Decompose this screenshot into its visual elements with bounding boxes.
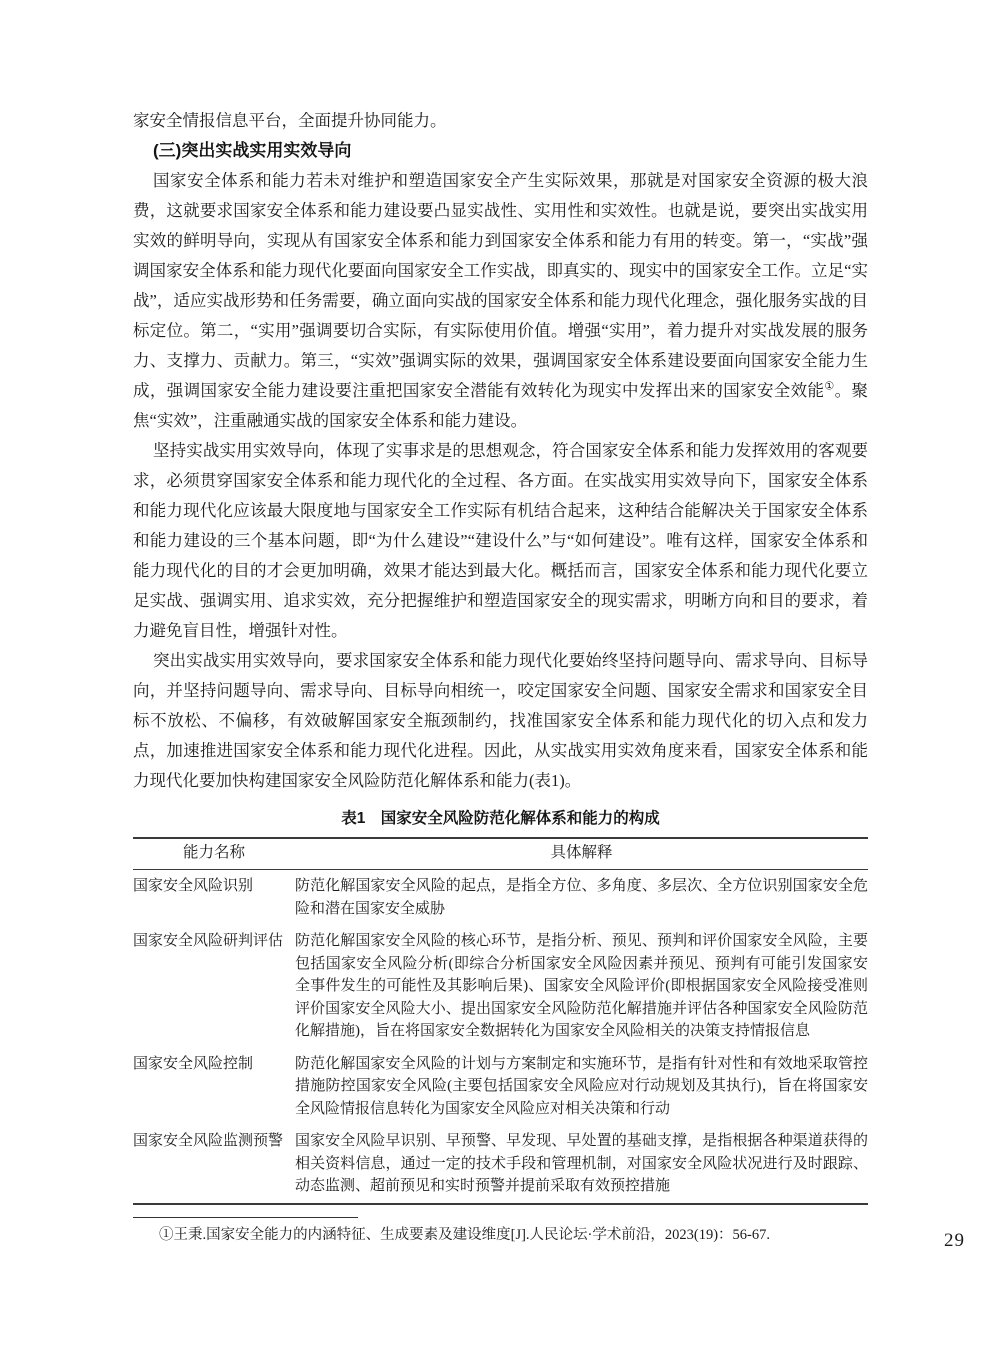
paragraph-1-text: 国家安全体系和能力若未对维护和塑造国家安全产生实际效果，那就是对国家安全资源的极… [133, 171, 868, 400]
table-row: 国家安全风险识别 防范化解国家安全风险的起点，是指全方位、多角度、多层次、全方位… [133, 870, 868, 926]
footnote-text: ①王秉.国家安全能力的内涵特征、生成要素及建设维度[J].人民论坛·学术前沿，2… [133, 1224, 868, 1246]
table-1: 能力名称 具体解释 国家安全风险识别 防范化解国家安全风险的起点，是指全方位、多… [133, 837, 868, 1205]
paragraph-continuation: 家安全情报信息平台，全面提升协同能力。 [133, 106, 868, 136]
table-header-capability-name: 能力名称 [133, 838, 295, 870]
table-row: 国家安全风险监测预警 国家安全风险早识别、早预警、早发现、早处置的基础支撑，是指… [133, 1125, 868, 1204]
table-cell-explanation: 防范化解国家安全风险的核心环节，是指分析、预见、预判和评价国家安全风险，主要包括… [295, 925, 868, 1048]
table-cell-capability-name: 国家安全风险监测预警 [133, 1125, 295, 1204]
table-cell-explanation: 国家安全风险早识别、早预警、早发现、早处置的基础支撑，是指根据各种渠道获得的相关… [295, 1125, 868, 1204]
footnote-ref-marker: ① [824, 381, 834, 393]
paragraph-2: 坚持实战实用实效导向，体现了实事求是的思想观念，符合国家安全体系和能力发挥效用的… [133, 436, 868, 646]
table-header-row: 能力名称 具体解释 [133, 838, 868, 870]
table-row: 国家安全风险研判评估 防范化解国家安全风险的核心环节，是指分析、预见、预判和评价… [133, 925, 868, 1048]
table-row: 国家安全风险控制 防范化解国家安全风险的计划与方案制定和实施环节，是指有针对性和… [133, 1048, 868, 1126]
paragraph-1: 国家安全体系和能力若未对维护和塑造国家安全产生实际效果，那就是对国家安全资源的极… [133, 166, 868, 436]
footnote-divider [133, 1217, 358, 1218]
page-content: 家安全情报信息平台，全面提升协同能力。 (三)突出实战实用实效导向 国家安全体系… [133, 106, 868, 1246]
table-cell-capability-name: 国家安全风险控制 [133, 1048, 295, 1126]
table-cell-capability-name: 国家安全风险识别 [133, 870, 295, 926]
table-1-title: 表1 国家安全风险防范化解体系和能力的构成 [133, 808, 868, 830]
section-heading: (三)突出实战实用实效导向 [133, 136, 868, 166]
table-1-block: 表1 国家安全风险防范化解体系和能力的构成 能力名称 具体解释 国家安全风险识别… [133, 808, 868, 1205]
table-cell-explanation: 防范化解国家安全风险的起点，是指全方位、多角度、多层次、全方位识别国家安全危险和… [295, 870, 868, 926]
table-cell-explanation: 防范化解国家安全风险的计划与方案制定和实施环节，是指有针对性和有效地采取管控措施… [295, 1048, 868, 1126]
page-number: 29 [944, 1230, 965, 1252]
table-header-explanation: 具体解释 [295, 838, 868, 870]
document-page: 家安全情报信息平台，全面提升协同能力。 (三)突出实战实用实效导向 国家安全体系… [0, 0, 1000, 1347]
paragraph-3: 突出实战实用实效导向，要求国家安全体系和能力现代化要始终坚持问题导向、需求导向、… [133, 646, 868, 796]
table-cell-capability-name: 国家安全风险研判评估 [133, 925, 295, 1048]
footnote-area: ①王秉.国家安全能力的内涵特征、生成要素及建设维度[J].人民论坛·学术前沿，2… [133, 1217, 868, 1246]
